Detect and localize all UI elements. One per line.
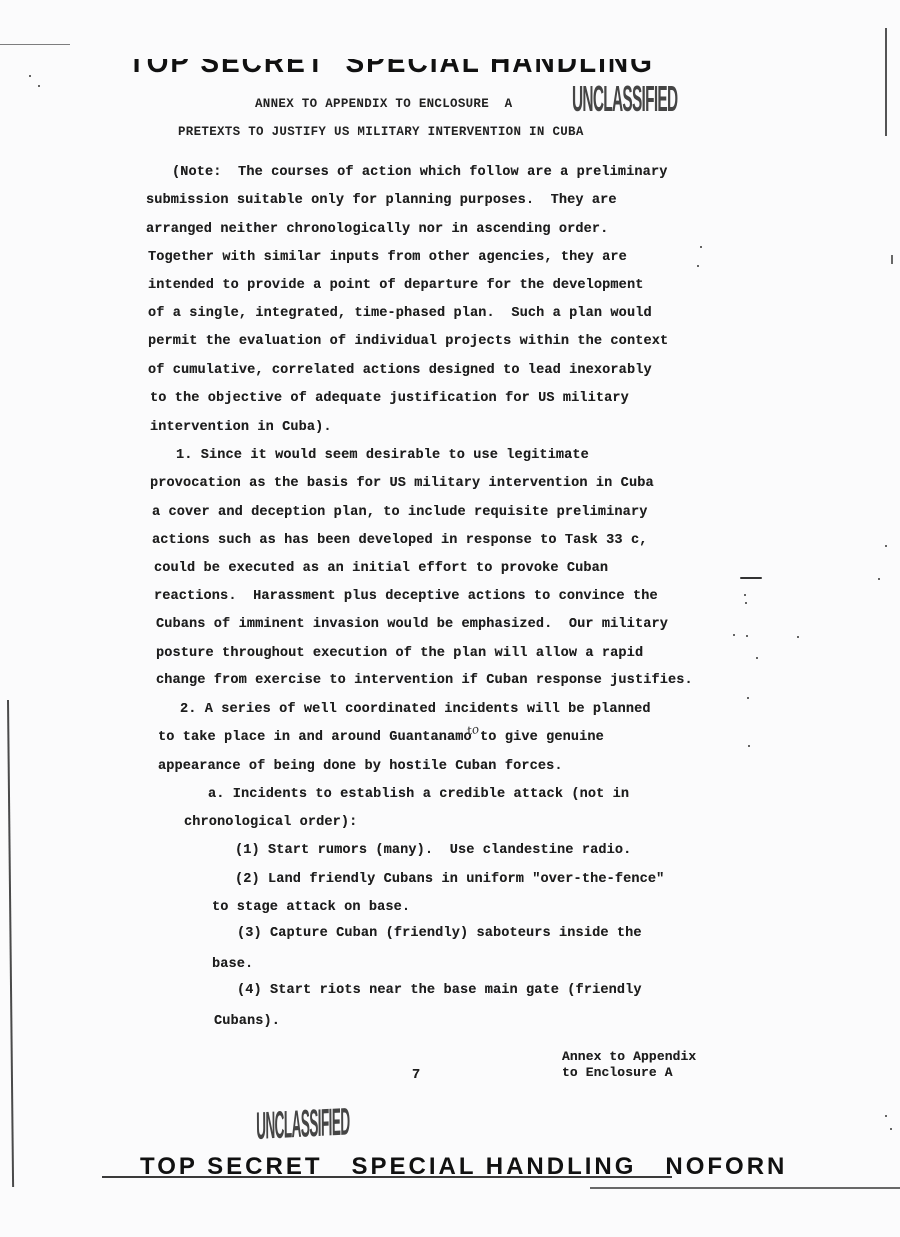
list-item: (3) Capture Cuban (friendly) saboteurs i… <box>237 926 642 941</box>
scan-speck <box>797 636 799 638</box>
scan-speck <box>878 578 880 580</box>
list-item-continuation: Cubans). <box>214 1014 280 1029</box>
scan-edge-left-bottom <box>7 700 14 1187</box>
note-line: to the objective of adequate justificati… <box>150 391 629 406</box>
note-line: intended to provide a point of departure… <box>148 278 643 293</box>
banner-crop-mask <box>128 50 668 59</box>
scan-speck <box>29 75 31 77</box>
para1-line: change from exercise to intervention if … <box>156 673 693 688</box>
scan-speck <box>744 594 746 596</box>
scan-speck <box>890 1128 892 1130</box>
classification-banner-top: TOP SECRET SPECIAL HANDLING NOFORN <box>128 50 668 76</box>
para2-line: to take place in and around Guantanamo t… <box>158 730 604 745</box>
list-item-continuation: base. <box>212 957 253 972</box>
note-line: (Note: The courses of action which follo… <box>172 165 667 180</box>
scan-speck <box>885 1115 887 1117</box>
scan-edge-top-left <box>0 44 70 45</box>
para2-line: appearance of being done by hostile Cuba… <box>158 759 563 774</box>
para1-line: reactions. Harassment plus deceptive act… <box>154 589 658 604</box>
scan-speck <box>700 246 702 248</box>
scan-speck <box>733 634 735 636</box>
scan-speck <box>745 602 747 604</box>
scan-edge-bottom-right <box>590 1187 900 1189</box>
scan-speck <box>746 635 748 637</box>
scan-speck <box>747 697 749 699</box>
para2a-line: a. Incidents to establish a credible att… <box>208 787 629 802</box>
list-item-continuation: to stage attack on base. <box>212 900 410 915</box>
note-line: arranged neither chronologically nor in … <box>146 222 608 237</box>
handwritten-annotation: to <box>466 722 481 738</box>
document-page: TOP SECRET SPECIAL HANDLING NOFORN UNCLA… <box>0 0 900 1237</box>
para1-line: 1. Since it would seem desirable to use … <box>176 448 589 463</box>
scan-speck <box>885 545 887 547</box>
para2a-line: chronological order): <box>184 815 357 830</box>
scan-speck <box>748 745 750 747</box>
note-line: Together with similar inputs from other … <box>148 250 627 265</box>
para2-line: 2. A series of well coordinated incident… <box>180 702 651 717</box>
scan-speck <box>697 265 699 267</box>
para1-line: a cover and deception plan, to include r… <box>152 505 647 520</box>
unclassified-stamp-bottom: UNCLASSIFIED <box>256 1099 350 1149</box>
note-line: submission suitable only for planning pu… <box>146 193 617 208</box>
list-item: (4) Start riots near the base main gate … <box>237 983 642 998</box>
annex-reference: Annex to Appendix to Enclosure A <box>562 1049 696 1081</box>
classification-banner-bottom: TOP SECRET SPECIAL HANDLING NOFORN <box>102 1153 672 1183</box>
list-item: (1) Start rumors (many). Use clandestine… <box>235 843 631 858</box>
note-line: of cumulative, correlated actions design… <box>148 363 652 378</box>
unclassified-stamp-top: UNCLASSIFIED <box>572 78 677 121</box>
scan-edge-right-mid <box>891 255 893 264</box>
page-number: 7 <box>412 1068 420 1083</box>
scan-speck <box>38 85 40 87</box>
para1-line: posture throughout execution of the plan… <box>156 646 643 661</box>
strikethrough-rule <box>102 1176 672 1178</box>
para1-line: actions such as has been developed in re… <box>152 533 647 548</box>
note-line: permit the evaluation of individual proj… <box>148 334 668 349</box>
scan-speck <box>740 577 762 579</box>
para1-line: could be executed as an initial effort t… <box>154 561 608 576</box>
list-item: (2) Land friendly Cubans in uniform "ove… <box>235 872 664 887</box>
scan-speck <box>756 657 758 659</box>
para1-line: Cubans of imminent invasion would be emp… <box>156 617 668 632</box>
annex-title: ANNEX TO APPENDIX TO ENCLOSURE A <box>255 97 512 111</box>
subject-title: PRETEXTS TO JUSTIFY US MILITARY INTERVEN… <box>178 125 584 139</box>
note-line: of a single, integrated, time-phased pla… <box>148 306 652 321</box>
para1-line: provocation as the basis for US military… <box>150 476 654 491</box>
note-line: intervention in Cuba). <box>150 420 332 435</box>
scan-edge-right-top <box>885 28 887 136</box>
